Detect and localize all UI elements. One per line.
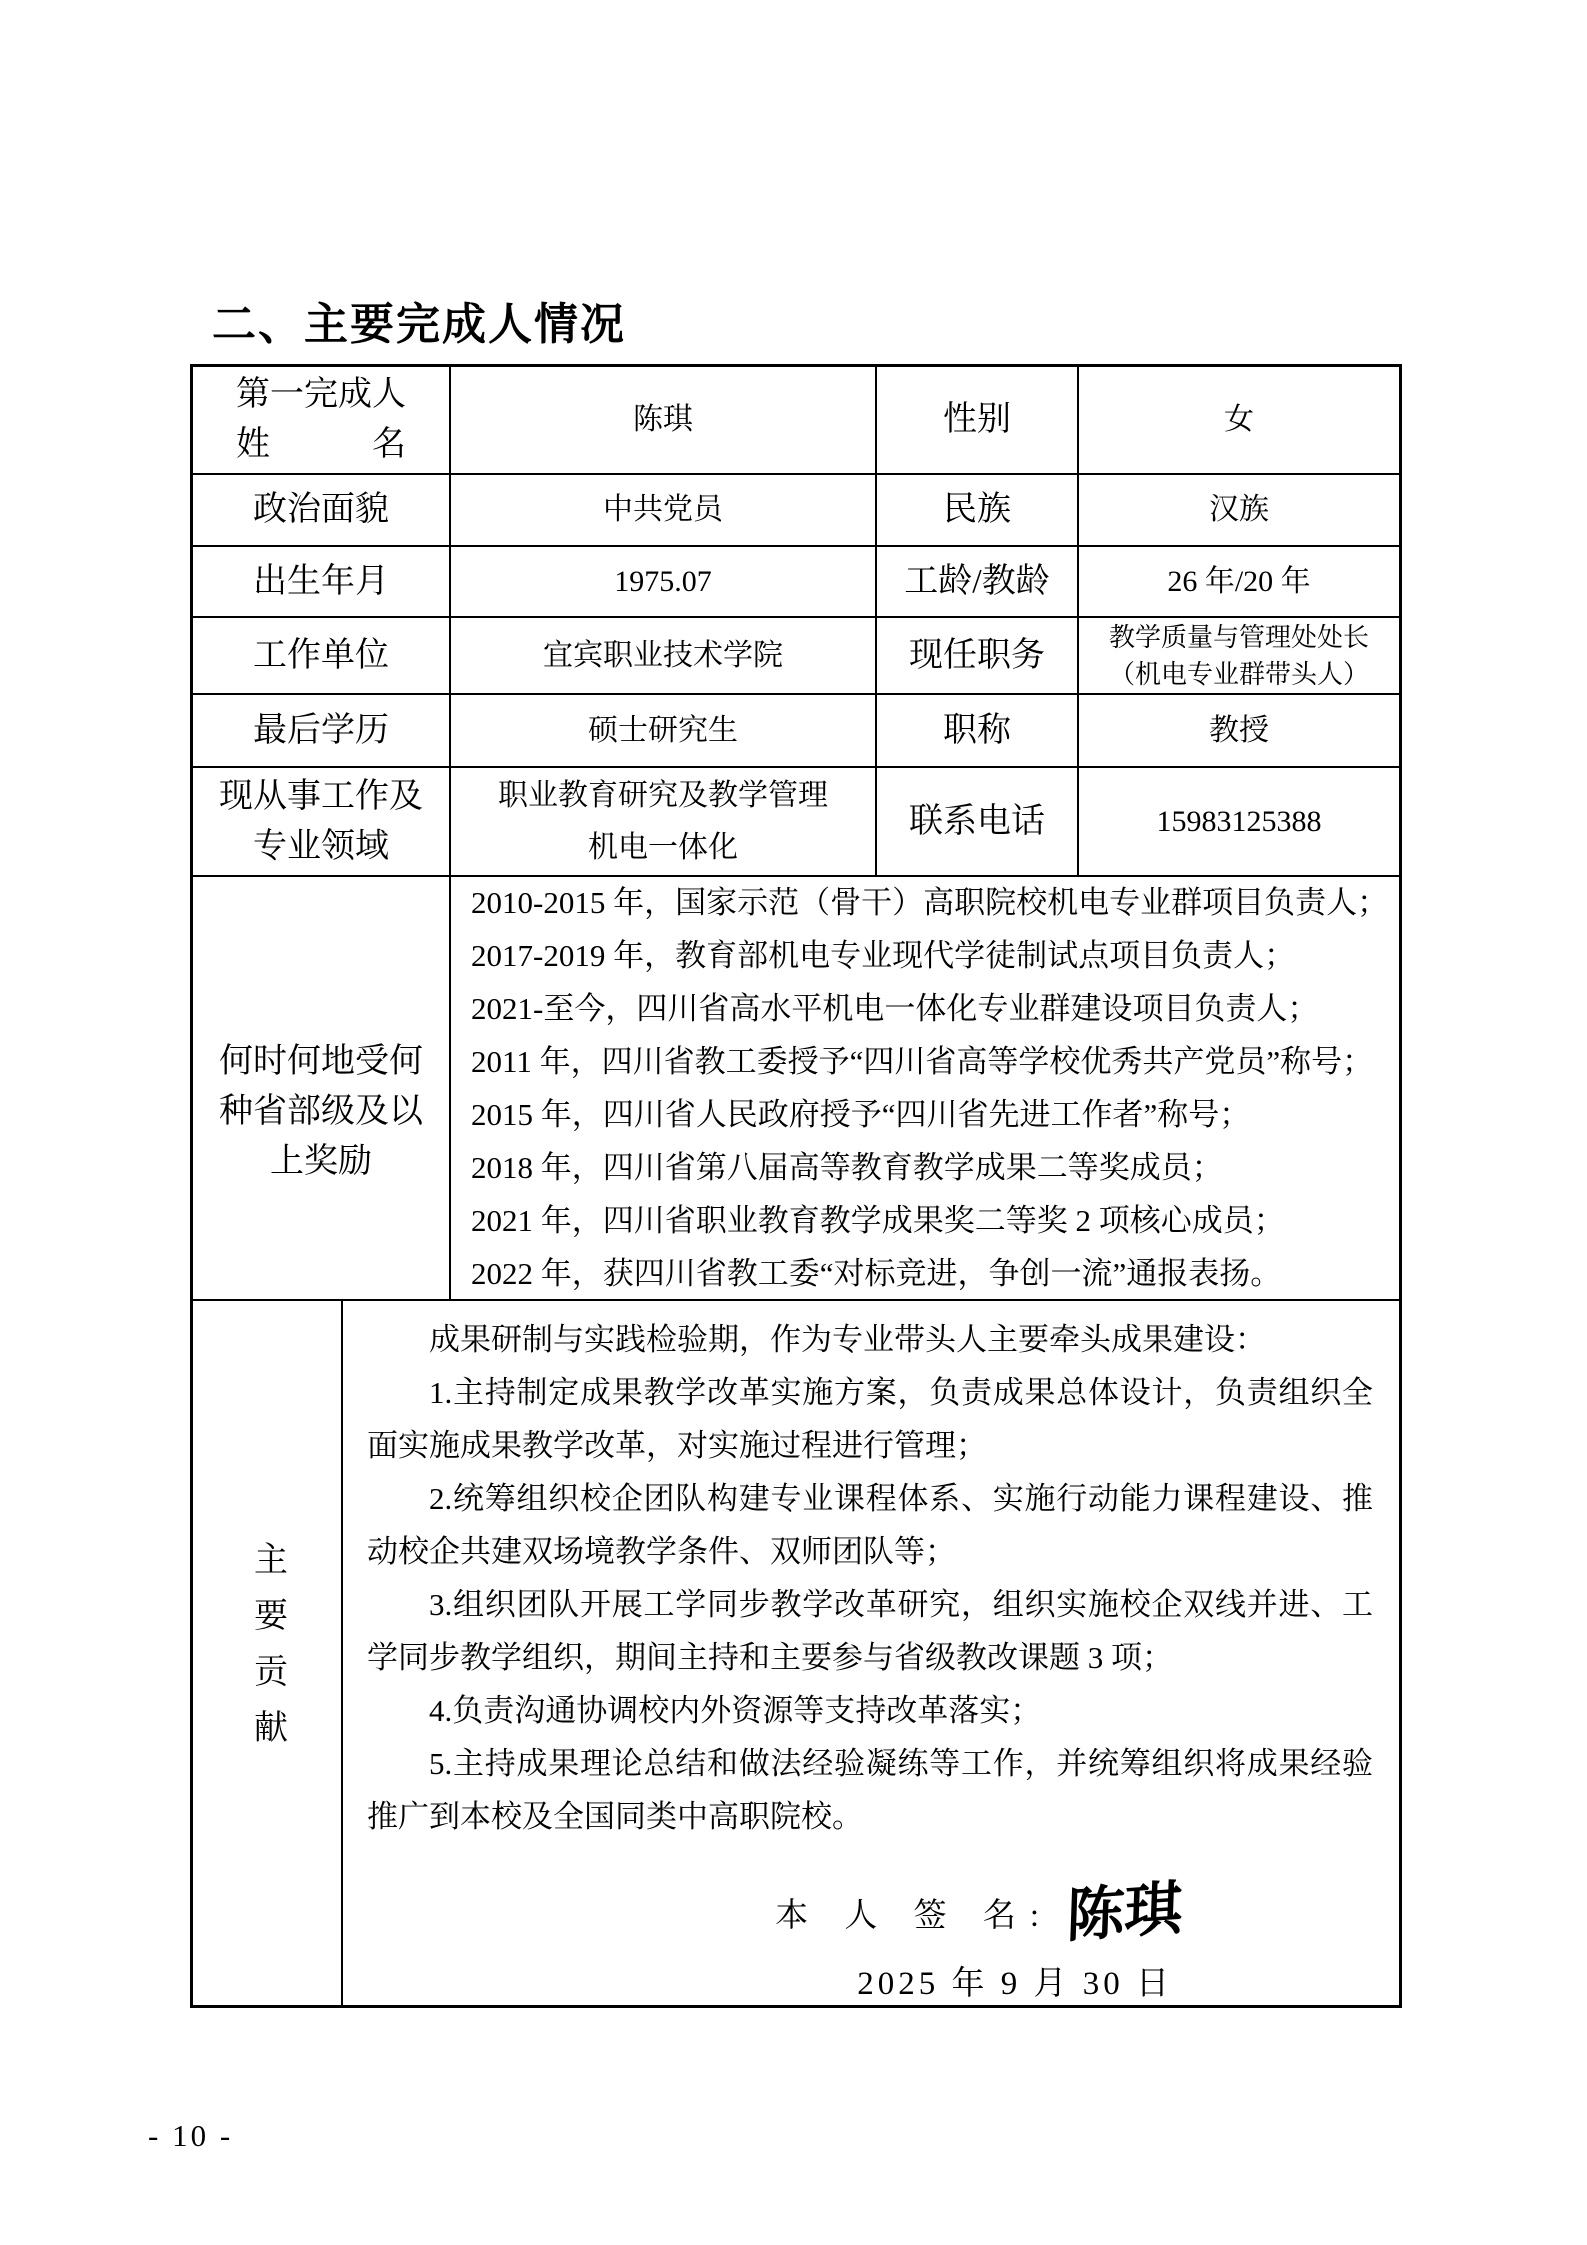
value-line: 教学质量与管理处处长	[1109, 619, 1369, 656]
contribution-item: 3.组织团队开展工学同步教学改革研究，组织实施校企双线并进、工学同步教学组织，期…	[367, 1578, 1373, 1684]
label-current-work-field: 现从事工作及 专业领域	[193, 768, 449, 875]
label-work-unit: 工作单位	[193, 618, 449, 693]
value-final-education: 硕士研究生	[449, 695, 875, 766]
table-row: 出生年月 1975.07 工龄/教龄 26 年/20 年	[193, 545, 1399, 616]
completer-info-table: 第一完成人 姓 名 陈琪 性别 女 政治面貌 中共党员 民族 汉族 出生年月 1…	[190, 364, 1402, 2008]
table-row-contributions: 主要贡献 成果研制与实践检验期，作为专业带头人主要牵头成果建设： 1.主持制定成…	[193, 1299, 1399, 2005]
label-awards: 何时何地受何 种省部级及以 上奖励	[193, 877, 449, 1299]
label-line: 种省部级及以	[219, 1087, 423, 1137]
section-title: 二、主要完成人情况	[212, 288, 626, 352]
label-ethnicity: 民族	[875, 475, 1077, 545]
label-main-contributions: 主要贡献	[193, 1301, 341, 2005]
table-row: 现从事工作及 专业领域 职业教育研究及教学管理 机电一体化 联系电话 15983…	[193, 766, 1399, 875]
award-item: 2010-2015 年，国家示范（骨干）高职院校机电专业群项目负责人；	[471, 877, 1388, 929]
award-item: 2011 年，四川省教工委授予“四川省高等学校优秀共产党员”称号；	[471, 1035, 1373, 1088]
contribution-item: 1.主持制定成果教学改革实施方案，负责成果总体设计，负责组织全面实施成果教学改革…	[367, 1366, 1373, 1472]
value-birth-date: 1975.07	[449, 547, 875, 616]
award-item: 2017-2019 年，教育部机电专业现代学徒制试点项目负责人；	[471, 929, 1295, 982]
label-gender: 性别	[875, 367, 1077, 473]
value-first-completer-name: 陈琪	[449, 367, 875, 473]
label-title: 职称	[875, 695, 1077, 766]
table-row: 政治面貌 中共党员 民族 汉族	[193, 473, 1399, 545]
value-work-unit: 宜宾职业技术学院	[449, 618, 875, 693]
award-item: 2015 年，四川省人民政府授予“四川省先进工作者”称号；	[471, 1088, 1250, 1141]
label-final-education: 最后学历	[193, 695, 449, 766]
handwritten-signature: 陈琪	[1065, 1861, 1184, 1954]
value-political-status: 中共党员	[449, 475, 875, 545]
value-line: （机电专业群带头人）	[1109, 656, 1369, 693]
value-ethnicity: 汉族	[1077, 475, 1399, 545]
value-line: 机电一体化	[588, 822, 738, 874]
contribution-intro: 成果研制与实践检验期，作为专业带头人主要牵头成果建设：	[367, 1313, 1373, 1366]
label-birth-date: 出生年月	[193, 547, 449, 616]
value-awards-list: 2010-2015 年，国家示范（骨干）高职院校机电专业群项目负责人； 2017…	[449, 877, 1399, 1299]
document-page: 二、主要完成人情况 第一完成人 姓 名 陈琪 性别 女 政治面貌 中共党员 民族…	[0, 0, 1587, 2245]
value-current-work-field: 职业教育研究及教学管理 机电一体化	[449, 768, 875, 875]
label-line: 上奖励	[270, 1137, 372, 1187]
table-row-awards: 何时何地受何 种省部级及以 上奖励 2010-2015 年，国家示范（骨干）高职…	[193, 875, 1399, 1299]
value-line: 职业教育研究及教学管理	[498, 770, 828, 822]
signature-date: 2025 年 9 月 30 日	[367, 1957, 1373, 2004]
award-item: 2021 年，四川省职业教育教学成果奖二等奖 2 项核心成员；	[471, 1194, 1285, 1247]
signature-label: 本 人 签 名:	[775, 1898, 1053, 1934]
label-line: 专业领域	[253, 822, 389, 872]
label-line: 姓 名	[236, 420, 406, 470]
award-item: 2018 年，四川省第八届高等教育教学成果二等奖成员；	[471, 1141, 1223, 1194]
value-contact-phone: 15983125388	[1077, 768, 1399, 875]
label-contact-phone: 联系电话	[875, 768, 1077, 875]
label-political-status: 政治面貌	[193, 475, 449, 545]
label-work-teaching-age: 工龄/教龄	[875, 547, 1077, 616]
contribution-item: 4.负责沟通协调校内外资源等支持改革落实；	[367, 1684, 1373, 1737]
value-work-teaching-age: 26 年/20 年	[1077, 547, 1399, 616]
award-item: 2022 年，获四川省教工委“对标竞进，争创一流”通报表扬。	[471, 1247, 1281, 1299]
label-line: 现从事工作及	[219, 772, 423, 822]
table-row: 最后学历 硕士研究生 职称 教授	[193, 693, 1399, 766]
table-row: 第一完成人 姓 名 陈琪 性别 女	[193, 367, 1399, 473]
contribution-item: 5.主持成果理论总结和做法经验凝练等工作，并统筹组织将成果经验推广到本校及全国同…	[367, 1737, 1373, 1843]
contribution-item: 2.统筹组织校企团队构建专业课程体系、实施行动能力课程建设、推动校企共建双场境教…	[367, 1472, 1373, 1578]
label-first-completer-name: 第一完成人 姓 名	[193, 367, 449, 473]
value-title: 教授	[1077, 695, 1399, 766]
page-number: - 10 -	[148, 2118, 233, 2154]
signature-line: 本 人 签 名:陈琪	[367, 1859, 1373, 1943]
label-line: 第一完成人	[236, 370, 406, 420]
table-row: 工作单位 宜宾职业技术学院 现任职务 教学质量与管理处处长 （机电专业群带头人）	[193, 616, 1399, 693]
value-current-position: 教学质量与管理处处长 （机电专业群带头人）	[1077, 618, 1399, 693]
value-main-contributions: 成果研制与实践检验期，作为专业带头人主要牵头成果建设： 1.主持制定成果教学改革…	[341, 1301, 1399, 2005]
label-line: 何时何地受何	[219, 1037, 423, 1087]
label-current-position: 现任职务	[875, 618, 1077, 693]
label-line: 主要贡献	[243, 1541, 292, 1765]
award-item: 2021-至今，四川省高水平机电一体化专业群建设项目负责人；	[471, 982, 1318, 1035]
value-gender: 女	[1077, 367, 1399, 473]
